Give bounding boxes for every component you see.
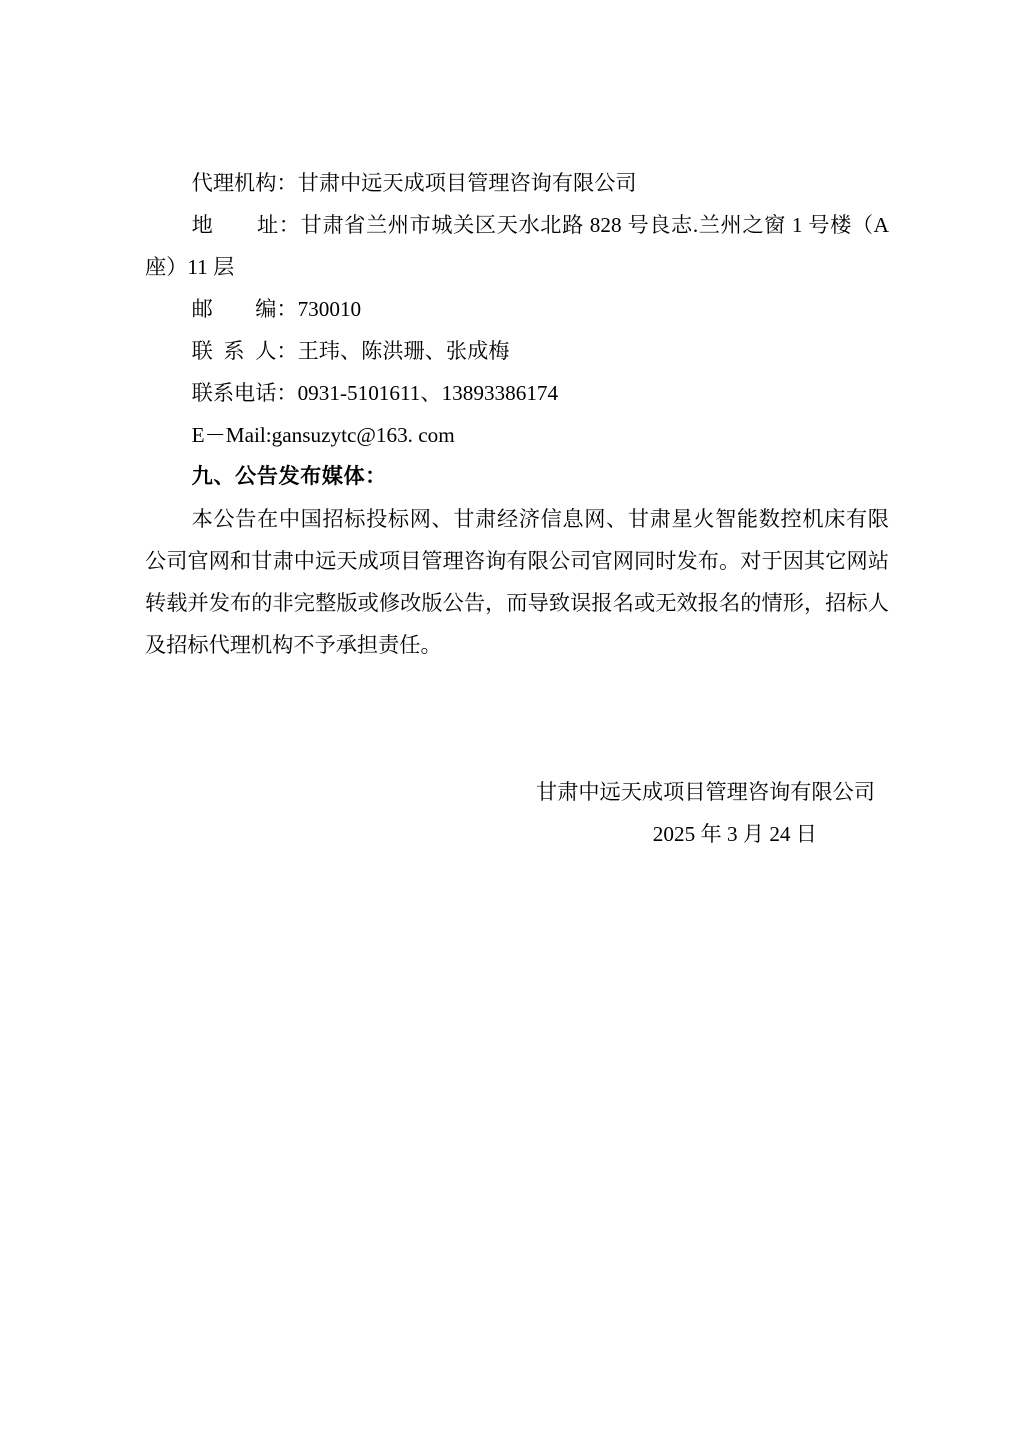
contact-line-agency: 代理机构：甘肃中远天成项目管理咨询有限公司 — [145, 162, 889, 204]
body-paragraph-media: 本公告在中国招标投标网、甘肃经济信息网、甘肃星火智能数控机床有限公司官网和甘肃中… — [145, 498, 889, 666]
document-page: 代理机构：甘肃中远天成项目管理咨询有限公司 地 址：甘肃省兰州市城关区天水北路 … — [145, 162, 889, 855]
contact-value-email: gansuzytc@163. com — [272, 423, 455, 447]
contact-value-phone: 0931-5101611、13893386174 — [298, 381, 559, 405]
contact-label-address: 地 址： — [192, 213, 301, 237]
contact-value-persons: 王玮、陈洪珊、张成梅 — [298, 339, 510, 363]
signature-company: 甘肃中远天成项目管理咨询有限公司 — [145, 771, 889, 813]
contact-line-phone: 联系电话：0931-5101611、13893386174 — [145, 372, 889, 414]
contact-label-agency: 代理机构： — [192, 171, 298, 195]
contact-label-postcode: 邮 编： — [192, 297, 298, 321]
contact-line-persons: 联 系 人：王玮、陈洪珊、张成梅 — [145, 330, 889, 372]
signature-block: 甘肃中远天成项目管理咨询有限公司 2025 年 3 月 24 日 — [145, 771, 889, 855]
contact-value-agency: 甘肃中远天成项目管理咨询有限公司 — [298, 171, 637, 195]
section-heading-media: 九、公告发布媒体： — [145, 456, 889, 498]
contact-label-phone: 联系电话： — [192, 381, 298, 405]
contact-value-postcode: 730010 — [298, 297, 362, 321]
contact-line-address: 地 址：甘肃省兰州市城关区天水北路 828 号良志.兰州之窗 1 号楼（A座）1… — [145, 204, 889, 288]
contact-line-postcode: 邮 编：730010 — [145, 288, 889, 330]
contact-label-email: E－Mail: — [192, 423, 272, 447]
signature-date: 2025 年 3 月 24 日 — [145, 813, 889, 855]
contact-label-persons: 联 系 人： — [192, 339, 298, 363]
contact-line-email: E－Mail:gansuzytc@163. com — [145, 414, 889, 456]
